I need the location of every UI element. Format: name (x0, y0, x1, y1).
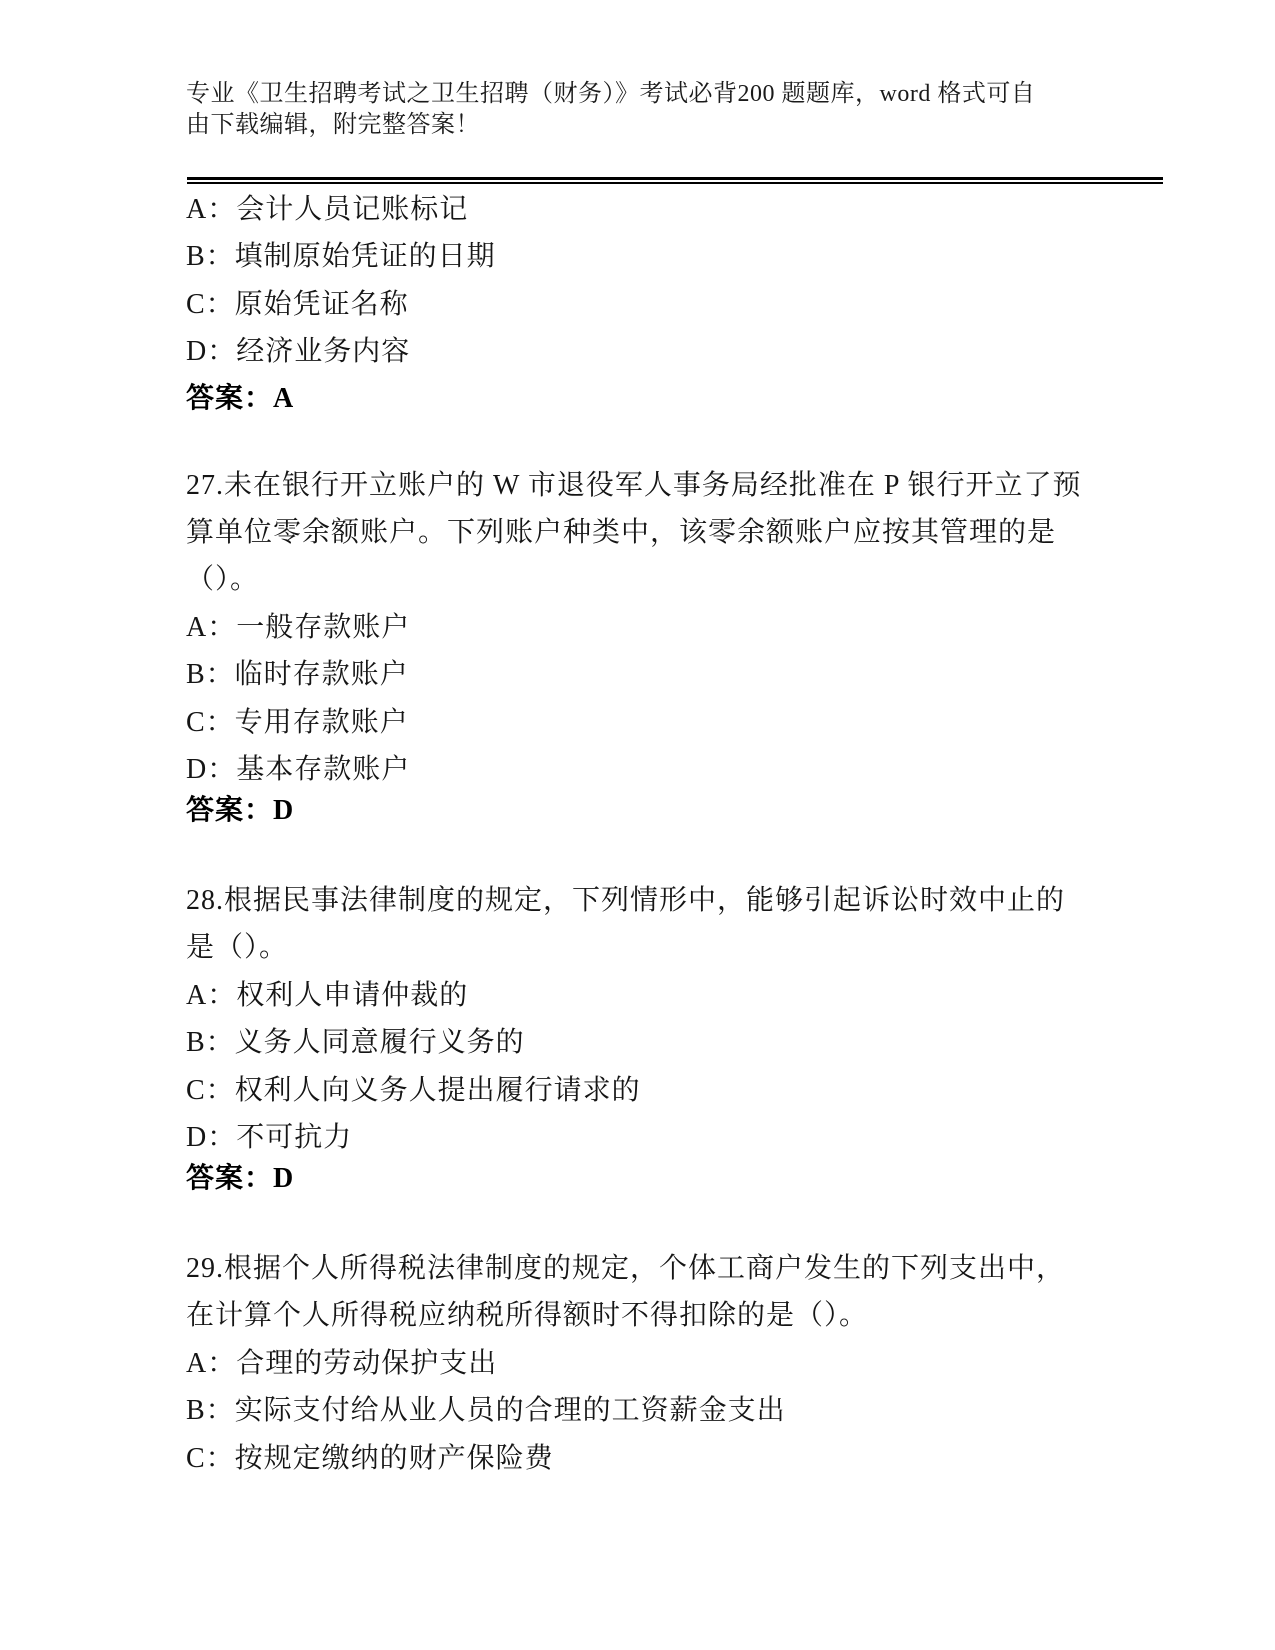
question-line: 28.根据民事法律制度的规定，下列情形中，能够引起诉讼时效中止的 (186, 884, 1065, 918)
option-line: D：经济业务内容 (186, 335, 410, 369)
header-divider-rule (187, 177, 1163, 184)
option-line: B：义务人同意履行义务的 (186, 1026, 525, 1060)
option-line: B：填制原始凭证的日期 (186, 240, 496, 274)
option-line: C：权利人向义务人提出履行请求的 (186, 1074, 641, 1108)
answer-line: 答案：D (186, 794, 294, 828)
option-line: A：会计人员记账标记 (186, 193, 468, 227)
question-line: 是（）。 (186, 931, 288, 965)
option-line: B：临时存款账户 (186, 658, 409, 692)
question-line: 27.未在银行开立账户的 W 市退役军人事务局经批准在 P 银行开立了预 (186, 469, 1081, 503)
option-line: A：权利人申请仲裁的 (186, 979, 468, 1013)
question-line: 算单位零余额账户。下列账户种类中，该零余额账户应按其管理的是 (186, 516, 1056, 550)
question-line: 29.根据个人所得税法律制度的规定，个体工商户发生的下列支出中， (186, 1252, 1065, 1286)
option-line: A：一般存款账户 (186, 611, 410, 645)
option-line: B：实际支付给从业人员的合理的工资薪金支出 (186, 1394, 786, 1428)
option-line: D：不可抗力 (186, 1121, 352, 1155)
document-page: 专业《卫生招聘考试之卫生招聘（财务）》考试必背200 题题库，word 格式可自… (0, 0, 1275, 1650)
option-line: D：基本存款账户 (186, 753, 410, 787)
option-line: C：原始凭证名称 (186, 288, 409, 322)
option-line: C：按规定缴纳的财产保险费 (186, 1442, 554, 1476)
question-line: （）。 (186, 563, 259, 597)
header-line-2: 由下载编辑，附完整答案！ (186, 110, 1166, 140)
header-line-1: 专业《卫生招聘考试之卫生招聘（财务）》考试必背200 题题库，word 格式可自 (186, 79, 1166, 109)
option-line: C：专用存款账户 (186, 706, 409, 740)
option-line: A：合理的劳动保护支出 (186, 1347, 497, 1381)
answer-line: 答案：D (186, 1162, 294, 1196)
question-line: 在计算个人所得税应纳税所得额时不得扣除的是（）。 (186, 1299, 868, 1333)
answer-line: 答案：A (186, 382, 294, 416)
